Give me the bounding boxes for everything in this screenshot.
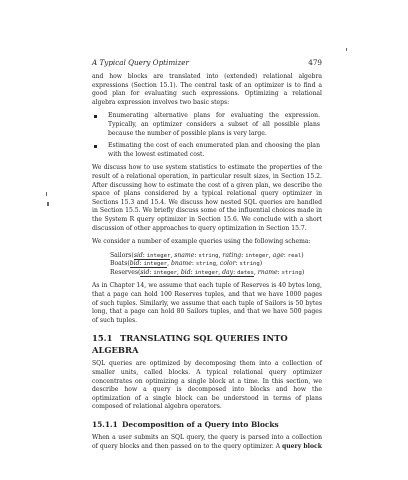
schema-boats: Boats(bid: integer, bname: string, color…: [110, 260, 322, 269]
schema-intro: We consider a number of example queries …: [92, 238, 322, 247]
schema-reserves: Reserves(sid: integer, bid: integer, day…: [110, 269, 322, 278]
page-number: 479: [308, 58, 322, 70]
list-item: Estimating the cost of each enumerated p…: [92, 142, 322, 159]
subsection-heading: 15.1.1Decomposition of a Query into Bloc…: [92, 419, 322, 430]
running-header: A Typical Query Optimizer 479: [92, 58, 322, 70]
margin-mark-left: [46, 192, 47, 196]
margin-mark-top-right: [346, 48, 347, 51]
list-item: Enumerating alternative plans for evalua…: [92, 112, 322, 138]
steps-list: Enumerating alternative plans for evalua…: [92, 112, 322, 159]
intro-paragraph: and how blocks are translated into (exte…: [92, 73, 322, 107]
section-paragraph: SQL queries are optimized by decomposing…: [92, 360, 322, 412]
section-heading: 15.1TRANSLATING SQL QUERIES INTO ALGEBRA: [92, 332, 322, 356]
overview-paragraph: We discuss how to use system statistics …: [92, 164, 322, 233]
query-block-term: query block: [282, 443, 322, 450]
subsection-paragraph: When a user submits an SQL query, the qu…: [92, 434, 322, 451]
margin-mark-left-2: [47, 202, 49, 206]
schema-sailors: Sailors(sid: integer, sname: string, rat…: [110, 252, 322, 261]
assumptions-paragraph: As in Chapter 14, we assume that each tu…: [92, 282, 322, 325]
bullet-icon: [94, 145, 97, 148]
book-page: A Typical Query Optimizer 479 and how bl…: [92, 58, 322, 451]
running-title: A Typical Query Optimizer: [92, 58, 189, 70]
bullet-icon: [94, 115, 97, 118]
schema-block: Sailors(sid: integer, sname: string, rat…: [92, 252, 322, 278]
